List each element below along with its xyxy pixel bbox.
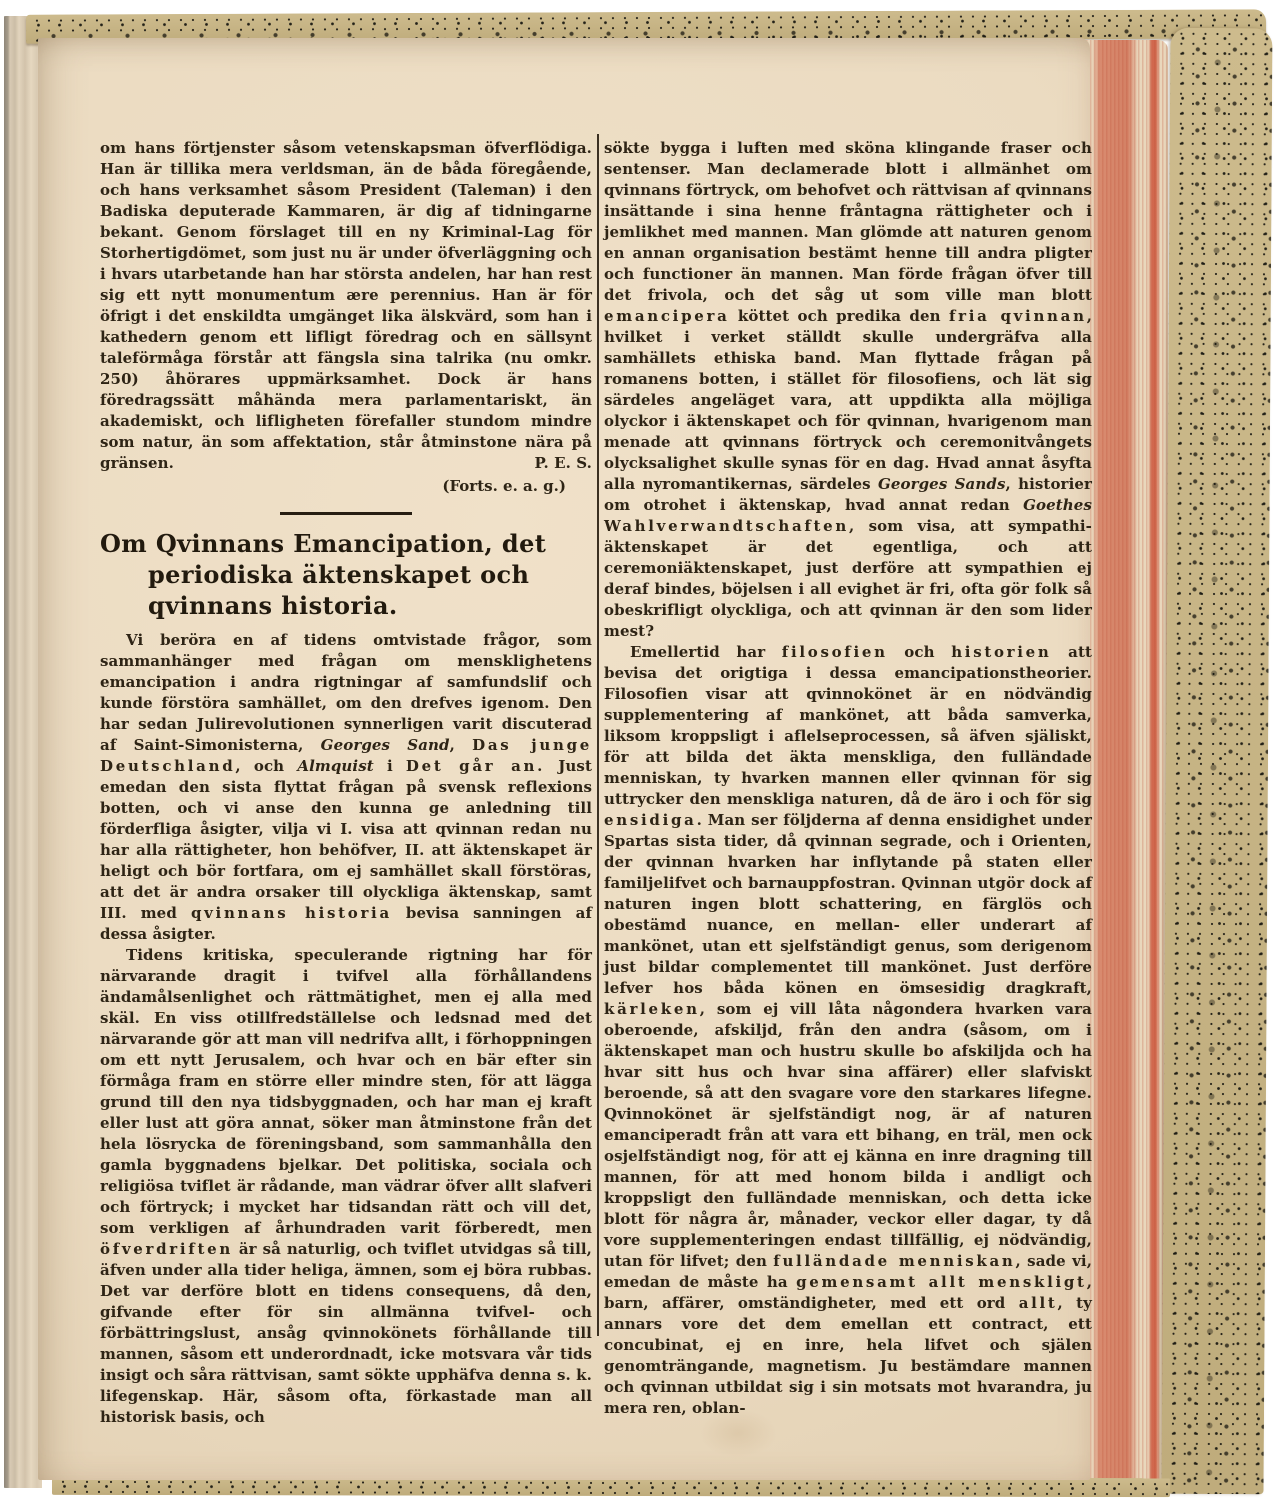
text-segment: , ty annars vore det dem emellan ett con…: [604, 1294, 1092, 1417]
article-2-paragraph-2: Tidens kritiska, speculerande rigtning h…: [100, 945, 592, 1428]
text-segment: Emellertid har: [630, 643, 782, 661]
text-segment: , som visa, att sympathi-äktenskapet är …: [604, 517, 1092, 640]
right-text-column: sökte bygga i luften med sköna klingande…: [604, 138, 1092, 1419]
text-segment: Wahlverwandtschaften: [604, 517, 849, 535]
book-spine-page-edges: [0, 16, 42, 1488]
red-sprinkled-fore-edge: [1086, 40, 1168, 1480]
text-segment: fulländade menniskan: [773, 1252, 1015, 1270]
column-divider-rule: [597, 134, 599, 1336]
text-segment: gemensamt allt menskligt: [796, 1273, 1087, 1291]
text-segment: i: [374, 757, 406, 775]
text-segment: köttet och predika den: [730, 307, 949, 325]
text-segment: Det går an.: [406, 757, 545, 775]
text-segment: ensidiga: [604, 811, 697, 829]
book-page: om hans förtjenster såsom vetenskapsman …: [38, 38, 1090, 1480]
text-segment: , och: [235, 757, 297, 775]
left-text-column: om hans förtjenster såsom vetenskapsman …: [100, 138, 592, 1428]
text-segment: fria qvinnan: [949, 307, 1087, 325]
text-segment: om hans förtjenster såsom vetenskapsman …: [100, 139, 592, 472]
marbled-board-edge-right: [1162, 28, 1273, 1495]
article-heading: Om Qvinnans Emancipation, det periodiska…: [100, 528, 592, 621]
text-segment: filosofien: [782, 643, 888, 661]
author-signature: P. E. S.: [535, 453, 592, 474]
text-segment: , hvilket i verket ställdt skulle underg…: [604, 307, 1092, 493]
text-segment: , som ej vill låta någondera hvarken var…: [604, 1000, 1092, 1270]
article-2-paragraph-2-continued: sökte bygga i luften med sköna klingande…: [604, 138, 1092, 642]
text-segment: Georges Sand: [321, 736, 450, 754]
text-segment: Almquist: [297, 757, 373, 775]
text-segment: historien: [951, 643, 1051, 661]
article-2-paragraph-1: Vi beröra en af tidens omtvistade frågor…: [100, 630, 592, 945]
text-segment: emancipera: [604, 307, 730, 325]
continuation-note: (Forts. e. a. g.): [100, 475, 592, 497]
section-divider-rule: [280, 512, 412, 515]
text-segment: Georges Sands: [878, 475, 1006, 493]
text-segment: är så naturlig, och tviflet utvidgas så …: [100, 1240, 592, 1426]
text-segment: öfverdriften: [100, 1240, 233, 1258]
text-segment: qvinnans historia: [191, 904, 392, 922]
text-segment: att bevisa det origtiga i dessa emancipa…: [604, 643, 1092, 808]
article-1-continuation: om hans förtjenster såsom vetenskapsman …: [100, 138, 592, 474]
text-segment: sökte bygga i luften med sköna klingande…: [604, 139, 1092, 304]
text-segment: och: [888, 643, 952, 661]
text-segment: allt: [1019, 1294, 1058, 1312]
text-segment: Tidens kritiska, speculerande rigtning h…: [100, 946, 592, 1237]
article-2-paragraph-3: Emellertid har filosofien och historien …: [604, 642, 1092, 1419]
text-segment: . Man ser följderna af denna ensidighet …: [604, 811, 1092, 997]
text-segment: kärleken: [604, 1000, 700, 1018]
text-segment: Just emedan den sista flyttat frågan på …: [100, 757, 592, 922]
text-segment: ,: [450, 736, 473, 754]
text-segment: Goethes: [1023, 496, 1092, 514]
